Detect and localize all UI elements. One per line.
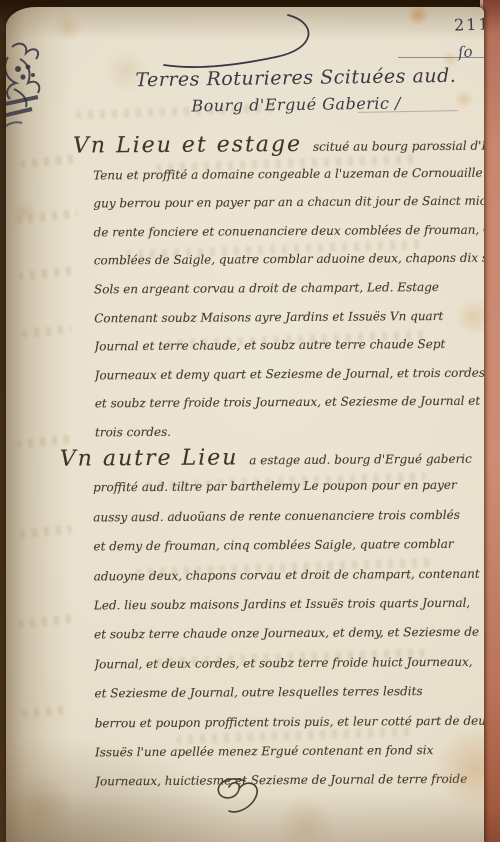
bleedthrough-mark (22, 324, 73, 338)
folio-mark: ſo (457, 43, 473, 62)
entry-opening-rest: a estage aud. bourg d'Ergué gaberic (249, 452, 472, 468)
bleedthrough-mark (20, 524, 73, 538)
manuscript-line: Sols en argeant corvau a droit de champa… (94, 273, 484, 304)
manuscript-line: Issuës l'une apellée menez Ergué contena… (95, 736, 484, 768)
manuscript-line: et soubz terre chaude onze Journeaux, et… (94, 618, 484, 650)
manuscript-line: Vn Lieu et estage scitué au bourg paross… (73, 130, 484, 161)
bleedthrough-mark (18, 266, 74, 281)
manuscript-line: Led. lieu soubz maisons Jardins et Issuë… (94, 589, 484, 621)
bleedthrough-mark (18, 614, 75, 629)
entry-un-lieu-et-estage: Vn Lieu et estage scitué au bourg paross… (93, 130, 484, 447)
manuscript-line: et demy de frouman, cinq comblées Saigle… (93, 530, 484, 562)
manuscript-line: Journeaux, huictiesme et Seziesme de Jou… (95, 765, 484, 797)
manuscript-line: et Seziesme de Journal, outre lesquelles… (94, 677, 484, 709)
manuscript-line: Vn autre Lieu a estage aud. bourg d'Ergu… (60, 442, 484, 474)
manuscript-line: de rente fonciere et conuenanciere deux … (94, 215, 484, 246)
entry-opening-rest: scitué au bourg parossial d'Ergué gaberi… (313, 138, 484, 154)
manuscript-line: guy berrou pour en payer par an a chacun… (93, 187, 484, 218)
manuscript-line: Journal et terre chaude, et soubz autre … (94, 330, 484, 361)
title-line-1: Terres Roturieres Scituées aud. (116, 64, 476, 91)
entry-opening-words: Vn autre Lieu (60, 445, 239, 471)
manuscript-line: Contenant soubz Maisons ayre Jardins et … (94, 301, 484, 332)
manuscript-line: proffité aud. tiltre par barthelemy Le p… (93, 471, 484, 503)
manuscript-line: aussy ausd. aduoüans de rente conuenanci… (93, 500, 484, 532)
section-title: Terres Roturieres Scituées aud. Bourg d'… (116, 64, 477, 116)
entry-opening-words: Vn Lieu et estage (73, 132, 302, 159)
archive-ink-stamp (6, 39, 50, 143)
bleedthrough-mark (22, 705, 71, 719)
folio-number: 211 (454, 14, 484, 34)
manuscript-line: et soubz terre froide trois Journeaux, e… (95, 387, 484, 418)
manuscript-line: Journal, et deux cordes, et soubz terre … (94, 647, 484, 679)
bleedthrough-mark (16, 209, 79, 224)
manuscript-line: aduoyne deux, chapons corvau et droit de… (94, 559, 484, 591)
title-line-2: Bourg d'Ergué Gaberic / (116, 92, 476, 116)
entry-un-autre-lieu: Vn autre Lieu a estage aud. bourg d'Ergu… (93, 442, 484, 797)
manuscript-line: comblées de Saigle, quatre comblar aduoi… (94, 244, 484, 275)
bleedthrough-mark (20, 154, 79, 169)
manuscript-line: berrou et poupon proffictent trois puis,… (95, 706, 484, 738)
manuscript-line: Journeaux et demy quart et Seziesme de J… (95, 358, 484, 389)
manuscript-line: Tenu et proffité a domaine congeable a l… (93, 158, 484, 189)
manuscript-page: 211 ſo Terres Roturieres Scituées aud. B… (6, 7, 484, 842)
